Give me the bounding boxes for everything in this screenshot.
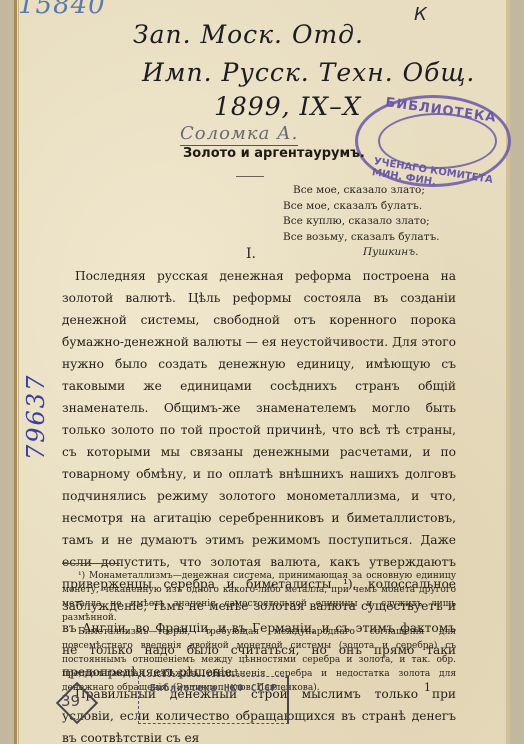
diamond-stamp-number: 39	[61, 692, 80, 710]
document-title: Золото и аргентаурумъ.	[183, 146, 365, 161]
epigraph-line: Все куплю, сказало злато;	[283, 214, 439, 230]
corner-mark: К	[414, 4, 427, 25]
side-catalog-number: 79637	[22, 374, 50, 460]
page-binding-line	[18, 0, 19, 744]
handwritten-source-line-2: Имп. Русск. Техн. Общ.	[142, 58, 475, 87]
epigraph-line: Все возьму, сказалъ булатъ.	[283, 230, 439, 246]
handwritten-author: Соломка А.	[180, 123, 298, 146]
handwritten-source-line-3: 1899, IX–X	[214, 92, 362, 121]
page-right-edge	[506, 0, 510, 744]
epigraph-attribution: Пушкинъ.	[283, 245, 439, 261]
page-binding-edge	[14, 0, 17, 744]
handwritten-source-line-1: Зап. Моск. Отд.	[133, 20, 364, 49]
epigraph: Все мое, сказало злато; Все мое, сказалъ…	[283, 183, 439, 261]
library-box-stamp-text: Библиотека НКФ СССР	[150, 683, 278, 694]
footnote: ¹) Монаметаллизмъ—денежная система, прин…	[62, 569, 456, 625]
title-divider	[236, 176, 264, 177]
epigraph-line: Все мое, сказало злато;	[283, 183, 439, 199]
epigraph-line: Все мое, сказалъ булатъ.	[283, 199, 439, 215]
page-number: 1	[424, 681, 431, 694]
section-heading: I.	[246, 246, 256, 262]
footnote-separator	[62, 563, 120, 564]
inventory-number: 15840	[18, 0, 106, 20]
